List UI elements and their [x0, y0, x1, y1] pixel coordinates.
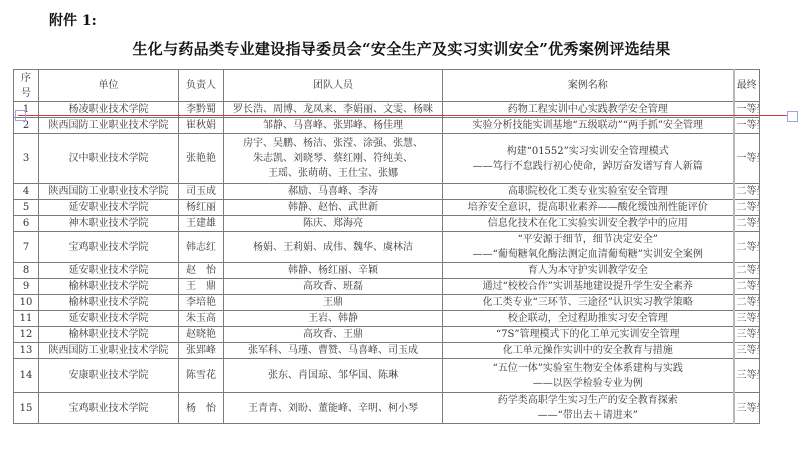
cell-no: 15 — [14, 393, 39, 424]
cell-case-line: 药学类高职学生实习生产的安全教育探索 — [445, 393, 731, 408]
cell-case-line: 培养安全意识，提高职业素养——酸化缓蚀剂性能评价 — [445, 200, 731, 215]
cell-team-line: 陈庆、郑海亮 — [226, 216, 440, 231]
cell-final: 三等奖 — [734, 393, 760, 424]
cell-unit: 延安职业技术学院 — [39, 200, 179, 216]
cell-unit: 陕西国防工业职业技术学院 — [39, 343, 179, 359]
cell-final: 三等奖 — [734, 359, 760, 393]
cell-case: 育人为本守护实训教学安全 — [443, 263, 734, 279]
cell-no: 5 — [14, 200, 39, 216]
cell-team: 王青青、刘盼、董能峰、辛明、柯小琴 — [224, 393, 443, 424]
cell-final: 二等奖 — [734, 295, 760, 311]
cell-case: “五位一体”实验室生物安全体系建构与实践——以医学检验专业为例 — [443, 359, 734, 393]
cell-team: 张东、肖国琼、邹华国、陈琳 — [224, 359, 443, 393]
cell-final: 二等奖 — [734, 232, 760, 263]
cell-case-line: 化工单元操作实训中的安全教育与措施 — [445, 343, 731, 358]
cell-case-line: ——以医学检验专业为例 — [445, 376, 731, 391]
cell-case-line: ——笃行不怠践行初心使命，踔厉奋发谱写育人新篇 — [445, 159, 731, 174]
table-row: 3汉中职业技术学院张艳艳房宇、吴鹏、杨洁、张滢、涂强、张慧、朱志凯、刘晓琴、蔡红… — [14, 134, 760, 184]
cell-case: 化工类专业“三环节、三途径”认识实习教学策略 — [443, 295, 734, 311]
selection-marker-right[interactable] — [787, 111, 798, 122]
header-case: 案例名称 — [443, 70, 734, 102]
cell-unit: 延安职业技术学院 — [39, 263, 179, 279]
cell-team-line: 高玫香、班磊 — [226, 279, 440, 294]
cell-final: 一等奖 — [734, 118, 760, 134]
cell-leader: 李培艳 — [179, 295, 224, 311]
cell-case: “7S”管理模式下的化工单元实训安全管理 — [443, 327, 734, 343]
table-row: 11延安职业技术学院朱玉高王岩、韩静校企联动，全过程助推实习安全管理三等奖 — [14, 311, 760, 327]
cell-team: 韩静、杨红丽、辛颖 — [224, 263, 443, 279]
cell-unit: 汉中职业技术学院 — [39, 134, 179, 184]
cell-leader: 朱玉高 — [179, 311, 224, 327]
table-row: 14安康职业技术学院陈雪花张东、肖国琼、邹华国、陈琳“五位一体”实验室生物安全体… — [14, 359, 760, 393]
cell-unit: 延安职业技术学院 — [39, 311, 179, 327]
cell-team-line: 王瑶、张萌萌、王仕宝、张娜 — [226, 166, 440, 181]
document-title: 生化与药品类专业建设指导委员会“安全生产及实习实训安全”优秀案例评选结果 — [0, 38, 803, 59]
table-row: 2陕西国防工业职业技术学院崔秋娟邹静、马喜峰、张郢峰、杨佳理实验分析技能实训基地… — [14, 118, 760, 134]
cell-leader: 杨 怡 — [179, 393, 224, 424]
cell-team-line: 韩静、杨红丽、辛颖 — [226, 263, 440, 278]
header-leader: 负责人 — [179, 70, 224, 102]
cell-case: 培养安全意识，提高职业素养——酸化缓蚀剂性能评价 — [443, 200, 734, 216]
cell-case: 构建“01552”实习实训安全管理模式——笃行不怠践行初心使命，踔厉奋发谱写育人… — [443, 134, 734, 184]
cell-unit: 宝鸡职业技术学院 — [39, 232, 179, 263]
cell-unit: 神木职业技术学院 — [39, 216, 179, 232]
selection-marker-left[interactable] — [15, 110, 26, 121]
cell-case-line: 高职院校化工类专业实验室安全管理 — [445, 184, 731, 199]
cell-team-line: 王岩、韩静 — [226, 311, 440, 326]
cell-case-line: ——“葡萄糖氧化酶法测定血清葡萄糖”实训安全案例 — [445, 247, 731, 262]
cell-team: 张军科、马瑾、曹赞、马喜峰、司玉成 — [224, 343, 443, 359]
cell-no: 11 — [14, 311, 39, 327]
table-row: 10榆林职业技术学院李培艳王鼎化工类专业“三环节、三途径”认识实习教学策略二等奖 — [14, 295, 760, 311]
cell-case-line: “7S”管理模式下的化工单元实训安全管理 — [445, 327, 731, 342]
cell-final: 二等奖 — [734, 216, 760, 232]
cell-case: 化工单元操作实训中的安全教育与措施 — [443, 343, 734, 359]
cell-no: 4 — [14, 184, 39, 200]
cell-team-line: 高玫香、王鼎 — [226, 327, 440, 342]
cell-no: 13 — [14, 343, 39, 359]
cell-team: 王鼎 — [224, 295, 443, 311]
cell-no: 10 — [14, 295, 39, 311]
cell-no: 8 — [14, 263, 39, 279]
cell-leader: 陈雪花 — [179, 359, 224, 393]
cell-team-line: 王青青、刘盼、董能峰、辛明、柯小琴 — [226, 401, 440, 416]
cell-leader: 王 鼎 — [179, 279, 224, 295]
cell-final: 三等奖 — [734, 327, 760, 343]
cell-unit: 陕西国防工业职业技术学院 — [39, 184, 179, 200]
table-row: 7宝鸡职业技术学院韩志红杨娟、王莉娟、成伟、魏华、虞林洁“平安源于细节，细节决定… — [14, 232, 760, 263]
cell-team: 房宇、吴鹏、杨洁、张滢、涂强、张慧、朱志凯、刘晓琴、蔡红刚、符纯美、王瑶、张萌萌… — [224, 134, 443, 184]
table-body: 1杨凌职业技术学院李黔蜀罗长浩、周博、龙凤来、李娟丽、文雯、杨咪药物工程实训中心… — [14, 102, 760, 424]
cell-no: 14 — [14, 359, 39, 393]
cell-leader: 张郢峰 — [179, 343, 224, 359]
cell-no: 3 — [14, 134, 39, 184]
cell-final: 二等奖 — [734, 200, 760, 216]
table-row: 9榆林职业技术学院王 鼎高玫香、班磊通过“校校合作”实训基地建设提升学生安全素养… — [14, 279, 760, 295]
cell-leader: 张艳艳 — [179, 134, 224, 184]
cell-case: “平安源于细节，细节决定安全”——“葡萄糖氧化酶法测定血清葡萄糖”实训安全案例 — [443, 232, 734, 263]
cell-final: 二等奖 — [734, 263, 760, 279]
header-no: 序号 — [14, 70, 39, 102]
cell-unit: 榆林职业技术学院 — [39, 279, 179, 295]
cell-unit: 榆林职业技术学院 — [39, 327, 179, 343]
cell-leader: 赵晓艳 — [179, 327, 224, 343]
cell-final: 二等奖 — [734, 279, 760, 295]
cell-no: 9 — [14, 279, 39, 295]
header-unit: 单位 — [39, 70, 179, 102]
cell-unit: 榆林职业技术学院 — [39, 295, 179, 311]
cell-no: 6 — [14, 216, 39, 232]
header-team: 团队人员 — [224, 70, 443, 102]
cell-final: 二等奖 — [734, 184, 760, 200]
cell-leader: 韩志红 — [179, 232, 224, 263]
cell-team: 邹静、马喜峰、张郢峰、杨佳理 — [224, 118, 443, 134]
table-row: 5延安职业技术学院杨红丽韩静、赵怡、武世新培养安全意识，提高职业素养——酸化缓蚀… — [14, 200, 760, 216]
cell-leader: 杨红丽 — [179, 200, 224, 216]
table-row: 15宝鸡职业技术学院杨 怡王青青、刘盼、董能峰、辛明、柯小琴药学类高职学生实习生… — [14, 393, 760, 424]
cell-final: 三等奖 — [734, 311, 760, 327]
cell-team-line: 张军科、马瑾、曹赞、马喜峰、司玉成 — [226, 343, 440, 358]
cell-case: 通过“校校合作”实训基地建设提升学生安全素养 — [443, 279, 734, 295]
cell-team-line: 杨娟、王莉娟、成伟、魏华、虞林洁 — [226, 240, 440, 255]
cell-unit: 宝鸡职业技术学院 — [39, 393, 179, 424]
cell-case: 校企联动，全过程助推实习安全管理 — [443, 311, 734, 327]
cell-leader: 王建雄 — [179, 216, 224, 232]
results-table: 序号 单位 负责人 团队人员 案例名称 最终 1杨凌职业技术学院李黔蜀罗长浩、周… — [13, 69, 760, 424]
table-row: 8延安职业技术学院赵 怡韩静、杨红丽、辛颖育人为本守护实训教学安全二等奖 — [14, 263, 760, 279]
cell-case-line: 育人为本守护实训教学安全 — [445, 263, 731, 278]
cell-case-line: 构建“01552”实习实训安全管理模式 — [445, 144, 731, 159]
cell-case-line: 通过“校校合作”实训基地建设提升学生安全素养 — [445, 279, 731, 294]
cell-team-line: 邹静、马喜峰、张郢峰、杨佳理 — [226, 118, 440, 133]
cell-case: 实验分析技能实训基地“五级联动”“两手抓”安全管理 — [443, 118, 734, 134]
cell-leader: 赵 怡 — [179, 263, 224, 279]
table-row: 6神木职业技术学院王建雄陈庆、郑海亮信息化技术在化工实验实训安全教学中的应用二等… — [14, 216, 760, 232]
cell-no: 12 — [14, 327, 39, 343]
table-row: 4陕西国防工业职业技术学院司玉成郝励、马喜峰、李涛高职院校化工类专业实验室安全管… — [14, 184, 760, 200]
cell-team-line: 郝励、马喜峰、李涛 — [226, 184, 440, 199]
cell-final: 一等奖 — [734, 134, 760, 184]
cell-team-line: 王鼎 — [226, 295, 440, 310]
cell-team: 杨娟、王莉娟、成伟、魏华、虞林洁 — [224, 232, 443, 263]
cell-final: 三等奖 — [734, 343, 760, 359]
cell-case-line: 校企联动，全过程助推实习安全管理 — [445, 311, 731, 326]
header-final: 最终 — [734, 70, 760, 102]
table-row: 13陕西国防工业职业技术学院张郢峰张军科、马瑾、曹赞、马喜峰、司玉成化工单元操作… — [14, 343, 760, 359]
cell-team: 高玫香、王鼎 — [224, 327, 443, 343]
cell-case-line: 信息化技术在化工实验实训安全教学中的应用 — [445, 216, 731, 231]
cell-unit: 陕西国防工业职业技术学院 — [39, 118, 179, 134]
cell-unit: 安康职业技术学院 — [39, 359, 179, 393]
cell-team: 高玫香、班磊 — [224, 279, 443, 295]
cell-team-line: 朱志凯、刘晓琴、蔡红刚、符纯美、 — [226, 151, 440, 166]
cell-case-line: 实验分析技能实训基地“五级联动”“两手抓”安全管理 — [445, 118, 731, 133]
cell-team-line: 房宇、吴鹏、杨洁、张滢、涂强、张慧、 — [226, 136, 440, 151]
cell-team: 韩静、赵怡、武世新 — [224, 200, 443, 216]
table-row: 12榆林职业技术学院赵晓艳高玫香、王鼎“7S”管理模式下的化工单元实训安全管理三… — [14, 327, 760, 343]
cell-team: 王岩、韩静 — [224, 311, 443, 327]
cell-no: 7 — [14, 232, 39, 263]
cell-team: 郝励、马喜峰、李涛 — [224, 184, 443, 200]
cell-leader: 司玉成 — [179, 184, 224, 200]
attachment-label: 附件 1: — [49, 10, 97, 30]
cell-case-line: 化工类专业“三环节、三途径”认识实习教学策略 — [445, 295, 731, 310]
annotation-red-line — [18, 115, 788, 116]
cell-case: 药学类高职学生实习生产的安全教育探索——“带出去＋请进来” — [443, 393, 734, 424]
cell-leader: 崔秋娟 — [179, 118, 224, 134]
cell-team-line: 韩静、赵怡、武世新 — [226, 200, 440, 215]
header-row: 序号 单位 负责人 团队人员 案例名称 最终 — [14, 70, 760, 102]
cell-team: 陈庆、郑海亮 — [224, 216, 443, 232]
cell-case: 高职院校化工类专业实验室安全管理 — [443, 184, 734, 200]
cell-case-line: ——“带出去＋请进来” — [445, 408, 731, 423]
cell-case-line: “平安源于细节，细节决定安全” — [445, 232, 731, 247]
cell-case: 信息化技术在化工实验实训安全教学中的应用 — [443, 216, 734, 232]
cell-case-line: “五位一体”实验室生物安全体系建构与实践 — [445, 361, 731, 376]
cell-team-line: 张东、肖国琼、邹华国、陈琳 — [226, 368, 440, 383]
